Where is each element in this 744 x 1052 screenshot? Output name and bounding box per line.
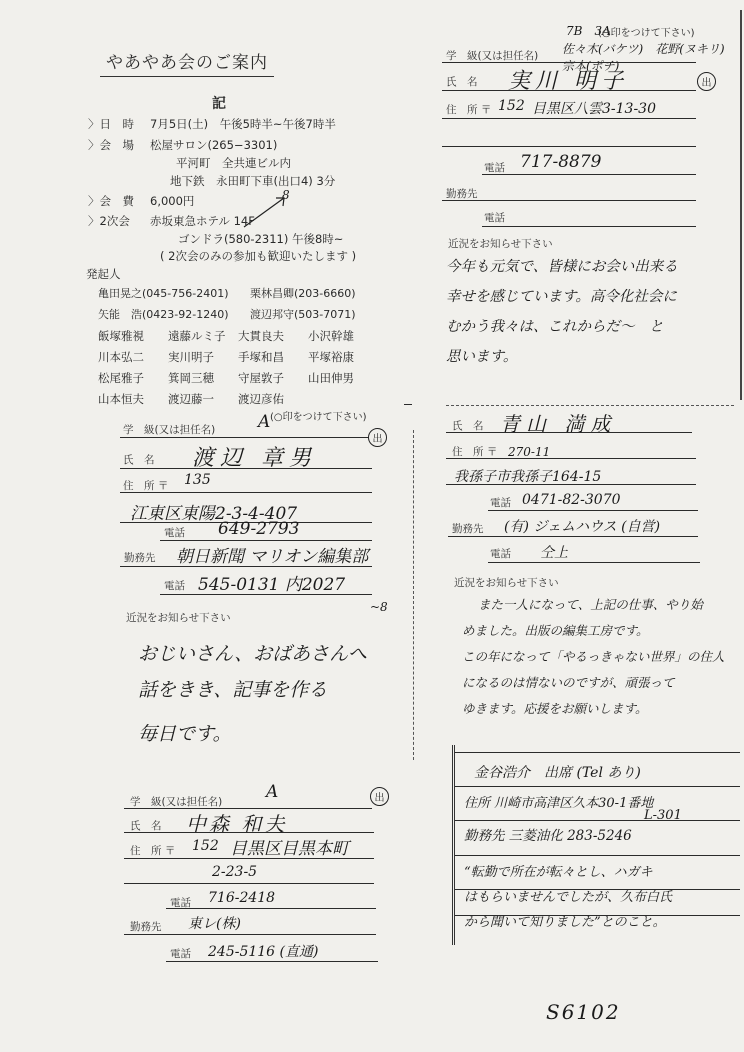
phone-label: 電話 — [484, 160, 505, 175]
rule — [482, 174, 696, 175]
notice-fee-row: 〉会 費6,000円 — [88, 193, 194, 209]
organizers-row: 飯塚雅視遠藤ルミ子大貫良夫小沢幹雄 — [98, 326, 378, 347]
organizer-with-phone: 渡辺邦守(503-7071) — [250, 306, 356, 322]
class-note: 7B 3A — [566, 22, 611, 39]
attend-mark: 出 — [370, 787, 389, 806]
rule — [160, 540, 372, 541]
rule — [442, 90, 696, 91]
work-value: (有) ジェムハウス (自営) — [504, 516, 660, 536]
class-label: 学 級(又は担任名) — [130, 794, 222, 809]
afterparty-value: 赤坂東急ホテル 14F — [150, 214, 255, 228]
afterparty-label: 〉2次会 — [88, 213, 150, 229]
rule — [166, 961, 378, 962]
memo-note: “転勤で所在が転々とし、ハガキ はもらいませんでしたが、久布白氏 から聞いて知り… — [464, 860, 672, 935]
rule — [446, 432, 692, 433]
rule — [446, 484, 696, 485]
news-text: 今年も元気で、皆様にお会い出来る 幸せを感じています。高令化社会に むかう我々は… — [446, 252, 678, 372]
address-label: 住 所 〒 — [123, 478, 168, 493]
name-label: 氏 名 — [446, 74, 478, 89]
rule — [455, 820, 740, 821]
organizers-row: 川本弘二実川明子手塚和昌平塚裕康 — [98, 347, 378, 368]
class-value: A — [258, 412, 270, 432]
rule — [442, 118, 696, 119]
memo-work-line: 勤務先 三菱油化 283-5246 — [464, 824, 632, 844]
venue-building: 平河町 全共連ビル内 — [176, 155, 291, 171]
work-label: 勤務先 — [446, 186, 478, 201]
memo-address-line: 住所 川崎市高津区久本30-1番地 — [464, 792, 653, 811]
phone-value: 649-2793 — [218, 519, 299, 539]
postal-code: 135 — [184, 472, 211, 488]
address-value: 目黒区八雲3-13-30 — [532, 98, 656, 118]
address-value-2: 2-23-5 — [212, 864, 257, 880]
rule — [488, 562, 700, 563]
rule — [455, 752, 740, 753]
rule — [120, 468, 372, 469]
rule — [166, 908, 376, 909]
organizers-row: 山本恒夫渡辺藤一渡辺彦佑 — [98, 389, 378, 410]
rule — [488, 510, 698, 511]
notice-date-row: 〉日 時7月5日(土) 午後5時半~午後7時半 — [88, 116, 336, 132]
rule — [446, 405, 734, 406]
class-value: A — [266, 782, 278, 802]
work-phone-value: 仝上 — [540, 542, 568, 562]
mark-note: (○印をつけて下さい) — [598, 24, 695, 39]
attend-mark: 出 — [697, 72, 716, 91]
phone-value: 717-8879 — [520, 152, 601, 172]
class-label: 学 級(又は担任名) — [446, 48, 538, 63]
postal-code: 152 — [192, 838, 219, 854]
phone-label: 電話 — [490, 495, 511, 510]
work-phone-label: 電話 — [490, 546, 511, 561]
phone-value: 716-2418 — [208, 890, 275, 906]
card-edge — [413, 430, 414, 760]
rule — [120, 566, 372, 567]
work-phone-label: 電話 — [170, 946, 191, 961]
rule — [442, 146, 696, 147]
notice-heading: 記 — [212, 93, 226, 113]
rule — [442, 62, 696, 63]
afterparty-place: ゴンドラ(580-2311) 午後8時~ — [178, 231, 343, 247]
rule — [124, 832, 374, 833]
organizers-label: 発起人 — [86, 266, 121, 282]
class-label: 学 級(又は担任名) — [123, 422, 215, 437]
news-label: 近況をお知らせ下さい — [126, 610, 231, 625]
work-phone-note: ~8 — [370, 600, 388, 614]
rule — [120, 492, 372, 493]
news-label: 近況をお知らせ下さい — [448, 236, 553, 251]
rule — [455, 786, 740, 787]
rule — [455, 855, 740, 856]
work-label: 勤務先 — [124, 550, 156, 565]
name-label: 氏 名 — [123, 452, 155, 467]
date-label: 〉日 時 — [88, 116, 150, 132]
postal-code: 152 — [498, 98, 525, 114]
work-phone-label: 電話 — [164, 578, 185, 593]
notice-afterparty-row: 〉2次会赤坂東急ホテル 14F — [88, 213, 255, 229]
phone-label: 電話 — [164, 525, 185, 540]
organizer-with-phone: 亀田晃之(045-756-2401) — [98, 285, 229, 301]
name-label: 氏 名 — [130, 818, 162, 833]
work-value: 東レ(株) — [188, 913, 241, 933]
afterparty-note: ( 2次会のみの参加も歓迎いたします ) — [160, 248, 356, 264]
rule — [124, 934, 376, 935]
address-value: 目黒区目黒本町 — [230, 834, 349, 859]
venue-access: 地下鉄 永田町下車(出口4) 3分 — [170, 173, 335, 189]
organizers-grid: 飯塚雅視遠藤ルミ子大貫良夫小沢幹雄 川本弘二実川明子手塚和昌平塚裕康 松尾雅子箕… — [98, 326, 378, 410]
mark-note: (○印をつけて下さい) — [270, 408, 367, 423]
rule — [442, 200, 696, 201]
work-phone-value: 245-5116 (直通) — [208, 941, 318, 961]
rule — [124, 858, 374, 859]
venue-label: 〉会 場 — [88, 137, 150, 153]
fee-label: 〉会 費 — [88, 193, 150, 209]
news-text: おじいさん、おばあさんへ 話をきき、記事を作る 毎日です。 — [138, 636, 367, 752]
rule — [446, 458, 696, 459]
rule — [120, 437, 368, 438]
fee-value: 6,000円 — [150, 194, 194, 208]
rule — [160, 594, 372, 595]
address-label: 住 所 〒 — [130, 843, 175, 858]
notice-title: やあやあ会のご案内 — [100, 48, 274, 77]
organizer-with-phone: 矢能 浩(0423-92-1240) — [98, 306, 229, 322]
work-value: 朝日新聞 マリオン編集部 — [176, 542, 368, 567]
news-label: 近況をお知らせ下さい — [454, 575, 559, 590]
address-value: 我孫子市我孫子164-15 — [454, 466, 601, 486]
work-label: 勤務先 — [130, 919, 162, 934]
address-label: 住 所 〒 — [452, 444, 497, 459]
notice-venue-row: 〉会 場松屋サロン(265−3301) — [88, 137, 277, 153]
memo-name-line: 金谷浩介 出席 (Tel あり) — [474, 762, 641, 782]
rule — [482, 226, 696, 227]
venue-value: 松屋サロン(265−3301) — [150, 138, 277, 152]
rule — [455, 915, 740, 916]
date-value: 7月5日(土) 午後5時半~午後7時半 — [150, 117, 336, 131]
organizer-with-phone: 栗林昌卿(203-6660) — [250, 285, 356, 301]
address-label: 住 所 〒 — [446, 102, 491, 117]
rule — [455, 889, 740, 890]
rule — [124, 883, 374, 884]
name-label: 氏 名 — [452, 418, 484, 433]
phone-value: 0471-82-3070 — [522, 492, 621, 508]
postal-code: 270-11 — [508, 445, 550, 459]
organizers-row: 松尾雅子箕岡三穂守屋敦子山田伸男 — [98, 368, 378, 389]
news-text: また一人になって、上記の仕事、やり始 めました。出版の編集工房です。 この年にな… — [462, 592, 725, 722]
work-label: 勤務先 — [452, 521, 484, 536]
document-code: S6102 — [546, 1000, 621, 1024]
work-phone-label: 電話 — [484, 210, 505, 225]
work-phone-value: 545-0131 内2027 — [198, 570, 345, 595]
attend-mark: 出 — [368, 428, 387, 447]
card-corner — [404, 404, 412, 405]
rule — [448, 536, 698, 537]
